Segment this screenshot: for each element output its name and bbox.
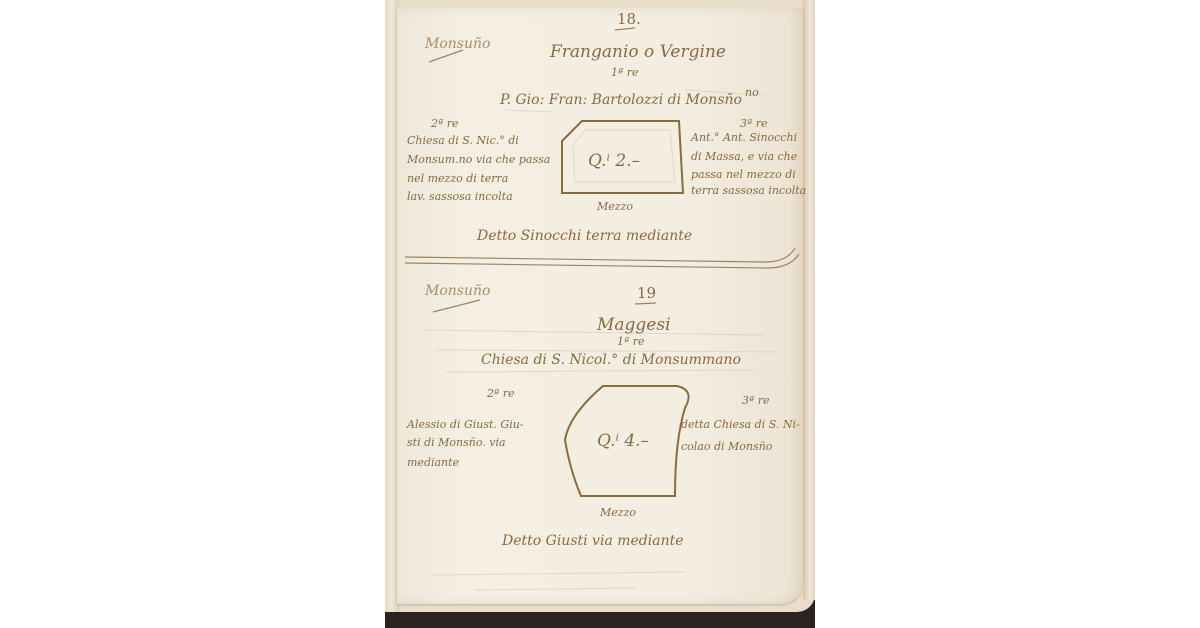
ink-layer: Monsuño 18. Franganio o Vergine 1ª re P.… (385, 0, 815, 628)
entry-number: 19 (637, 284, 656, 302)
entry-number: 18. (617, 10, 641, 28)
north-label: 1ª re (617, 335, 645, 348)
east-line: colao di Monsño (681, 440, 773, 453)
north-owner: P. Gio: Fran: Bartolozzi di Monsño (499, 92, 742, 108)
south-text: Detto Giusti via mediante (501, 533, 684, 549)
east-line: terra sassosa incolta (691, 184, 806, 197)
locality: Franganio o Vergine (549, 42, 726, 62)
west-line: Chiesa di S. Nic.° di (407, 134, 519, 147)
entry-19: Monsuño 19 Maggesi 1ª re Chiesa di S. Ni… (406, 283, 800, 549)
west-line: mediante (407, 456, 460, 469)
entry-18: Monsuño 18. Franganio o Vergine 1ª re P.… (406, 10, 806, 244)
number-underline (635, 303, 656, 304)
west-line: sti di Monsño. via (407, 436, 506, 449)
north-label: 1ª re (611, 66, 639, 79)
east-line: detta Chiesa di S. Ni- (681, 418, 800, 431)
entry-divider (405, 248, 795, 262)
north-superscript: no (745, 86, 759, 99)
west-line: Alessio di Giust. Giu- (406, 418, 524, 431)
west-line: Monsum.no via che passa (406, 153, 550, 166)
east-label: 3ª re (742, 394, 770, 407)
west-line: lav. sassosa incolta (407, 190, 513, 203)
locality: Maggesi (596, 315, 671, 335)
manuscript-scan: Monsuño 18. Franganio o Vergine 1ª re P.… (385, 0, 815, 628)
west-label: 2ª re (486, 387, 515, 400)
east-line: di Massa, e via che (691, 150, 798, 163)
plot-label: Q.ⁱ 4.– (597, 431, 649, 451)
south-label: Mezzo (599, 506, 636, 519)
margin-note: Monsuño (424, 36, 490, 52)
margin-note: Monsuño (424, 283, 490, 299)
plot-label: Q.ⁱ 2.– (588, 151, 640, 171)
west-line: nel mezzo di terra (407, 172, 508, 185)
east-line: Ant.° Ant. Sinocchi (690, 131, 797, 144)
north-owner: Chiesa di S. Nicol.° di Monsummano (481, 352, 741, 368)
margin-underline (433, 300, 480, 312)
south-text: Detto Sinocchi terra mediante (476, 228, 692, 244)
south-label: Mezzo (596, 200, 633, 213)
west-label: 2ª re (430, 117, 459, 130)
east-line: passa nel mezzo di (691, 168, 796, 181)
entry-divider (405, 254, 799, 268)
east-label: 3ª re (740, 117, 768, 130)
number-underline (615, 28, 635, 30)
